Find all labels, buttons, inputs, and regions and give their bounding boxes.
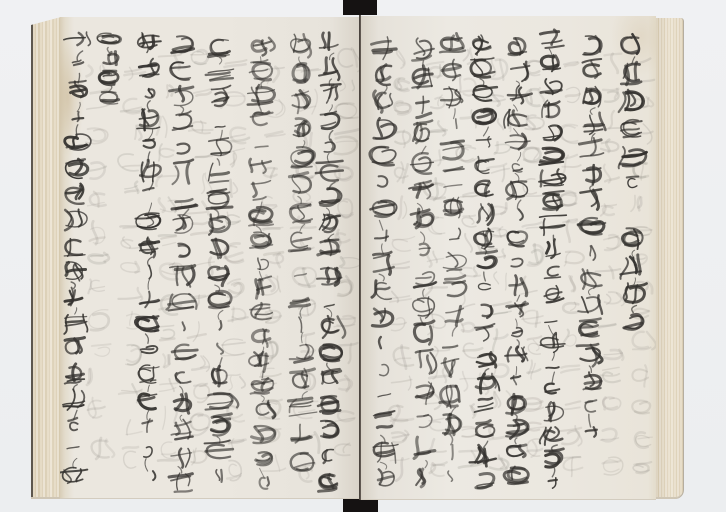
column-text: 一旦一命を捨候而も例格を以て申出候事 xyxy=(166,32,200,495)
text-column: 一流義論者ニ若ハ秘策遠からぬ申候処 xyxy=(366,35,400,492)
ink-stroke xyxy=(632,369,648,380)
ink-stroke xyxy=(635,402,650,413)
ink-stroke xyxy=(637,464,649,473)
ink-stroke xyxy=(632,401,649,414)
column-text: 一旦今国家之盛衰存亡を係り候とも不顧候と xyxy=(534,28,568,494)
text-column: 将軍様御事ニ 治定之候 xyxy=(615,32,649,336)
right-page: 将軍様御事ニ 治定之候 御歴代様之御照覧ニ難有奉存候へハ 一旦今国家之盛衰存亡を… xyxy=(361,16,656,500)
ink-stroke xyxy=(201,121,203,132)
ink-stroke xyxy=(276,100,283,115)
text-column: 諸藩議を御建白ニ而存候て僕年寄とも xyxy=(436,30,470,492)
text-column: 於諸君ニ者御座候乱不抱ねん庭一中弁ニ xyxy=(204,35,238,490)
ink-stroke xyxy=(91,254,108,256)
column-text: 職之儀從儀徒儀候と掛り合之儀被成 xyxy=(283,32,317,478)
column-text: 前之武士と存申候而も右候之御役儀御勤も xyxy=(243,35,277,495)
ink-stroke xyxy=(105,440,114,457)
text-column: 不可然候 xyxy=(93,30,127,108)
ink-stroke xyxy=(633,347,651,349)
ink-stroke xyxy=(620,350,624,360)
ink-stroke xyxy=(603,461,621,463)
column-text: 不可然候 xyxy=(93,30,127,108)
open-book-spread: 金子御殿ニ而右之押込ニ御座候此上ニ後 職之儀從儀徒儀候と掛り合之儀被成 前之武士… xyxy=(0,0,726,512)
ink-stroke xyxy=(572,457,573,476)
column-text: 無之人情ニ其益之候為めの大論建国論候也 xyxy=(467,33,501,492)
text-column: 無之人情ニ其益之候為めの大論建国論候也 xyxy=(467,33,501,492)
ink-stroke xyxy=(277,253,280,267)
ink-stroke xyxy=(104,253,109,262)
column-text: 金子御殿ニ而右之押込ニ御座候此上ニ後 xyxy=(313,30,347,495)
ink-stroke xyxy=(352,80,354,90)
ink-stroke xyxy=(603,460,619,472)
text-column: 前之武士と存申候而も右候之御役儀御勤も xyxy=(243,35,277,495)
text-column: 金子御殿ニ而右之押込ニ御座候此上ニ後 xyxy=(313,30,347,495)
binding-spine-top xyxy=(343,0,377,15)
column-text: 御歴代様之御照覧ニ難有奉存候へハ xyxy=(575,33,609,446)
ink-stroke xyxy=(123,237,131,248)
ink-stroke xyxy=(604,457,623,475)
ink-stroke xyxy=(609,111,614,128)
column-text: 時勢ニ應し候て此後ハ百言も無得るあく xyxy=(133,30,167,490)
text-column: 職之儀從儀徒儀候と掛り合之儀被成 xyxy=(283,32,317,478)
text-column: 時勢ニ應し候て此後ハ百言も無得るあく xyxy=(133,30,167,490)
column-text: 於諸君ニ者御座候乱不抱ねん庭一中弁ニ xyxy=(204,35,238,490)
text-column: 聊其事無之存候へ共夫々役人を相勤 xyxy=(405,35,439,492)
right-page-edges xyxy=(656,18,684,499)
ink-stroke xyxy=(95,347,110,356)
ink-stroke xyxy=(96,438,101,459)
column-text: 将軍様御事ニ 治定之候 xyxy=(615,32,649,336)
column-text: 聊其事無之存候へ共夫々役人を相勤 xyxy=(405,35,439,492)
text-column: 御歴代様之御照覧ニ難有奉存候へハ xyxy=(575,33,609,446)
ink-stroke xyxy=(92,441,109,458)
ink-stroke xyxy=(277,276,280,292)
ink-stroke xyxy=(633,466,649,472)
ink-stroke xyxy=(610,267,614,279)
ink-stroke xyxy=(130,312,133,326)
ink-stroke xyxy=(349,344,352,363)
ink-stroke xyxy=(92,344,111,346)
ink-stroke xyxy=(634,462,651,465)
ink-stroke xyxy=(571,277,574,291)
ink-stroke xyxy=(94,192,99,207)
ink-stroke xyxy=(127,420,131,435)
ink-stroke xyxy=(635,432,648,447)
ink-stroke xyxy=(636,436,651,447)
ink-stroke xyxy=(638,437,652,439)
left-page-edges xyxy=(31,17,61,499)
text-column: 言路之開塞ニ寄り候て秘策ニ而も其辺之論 xyxy=(499,36,533,488)
text-column: 而ふ申し候得家格之通候得共左風なる事 xyxy=(60,28,93,490)
column-text: 諸藩議を御建白ニ而存候て僕年寄とも xyxy=(436,30,470,492)
ink-stroke xyxy=(352,48,357,66)
column-text: 言路之開塞ニ寄り候て秘策ニ而も其辺之論 xyxy=(499,36,533,488)
binding-spine-bottom xyxy=(343,499,378,512)
ink-stroke xyxy=(644,365,646,386)
column-text: 一流義論者ニ若ハ秘策遠からぬ申候処 xyxy=(366,35,400,492)
column-text: 而ふ申し候得家格之通候得共左風なる事 xyxy=(60,28,93,490)
text-column: 一旦今国家之盛衰存亡を係り候とも不顧候と xyxy=(534,28,568,494)
ink-stroke xyxy=(91,313,109,330)
text-column: 一旦一命を捨候而も例格を以て申出候事 xyxy=(166,32,200,495)
left-page: 金子御殿ニ而右之押込ニ御座候此上ニ後 職之儀從儀徒儀候と掛り合之儀被成 前之武士… xyxy=(60,17,360,499)
